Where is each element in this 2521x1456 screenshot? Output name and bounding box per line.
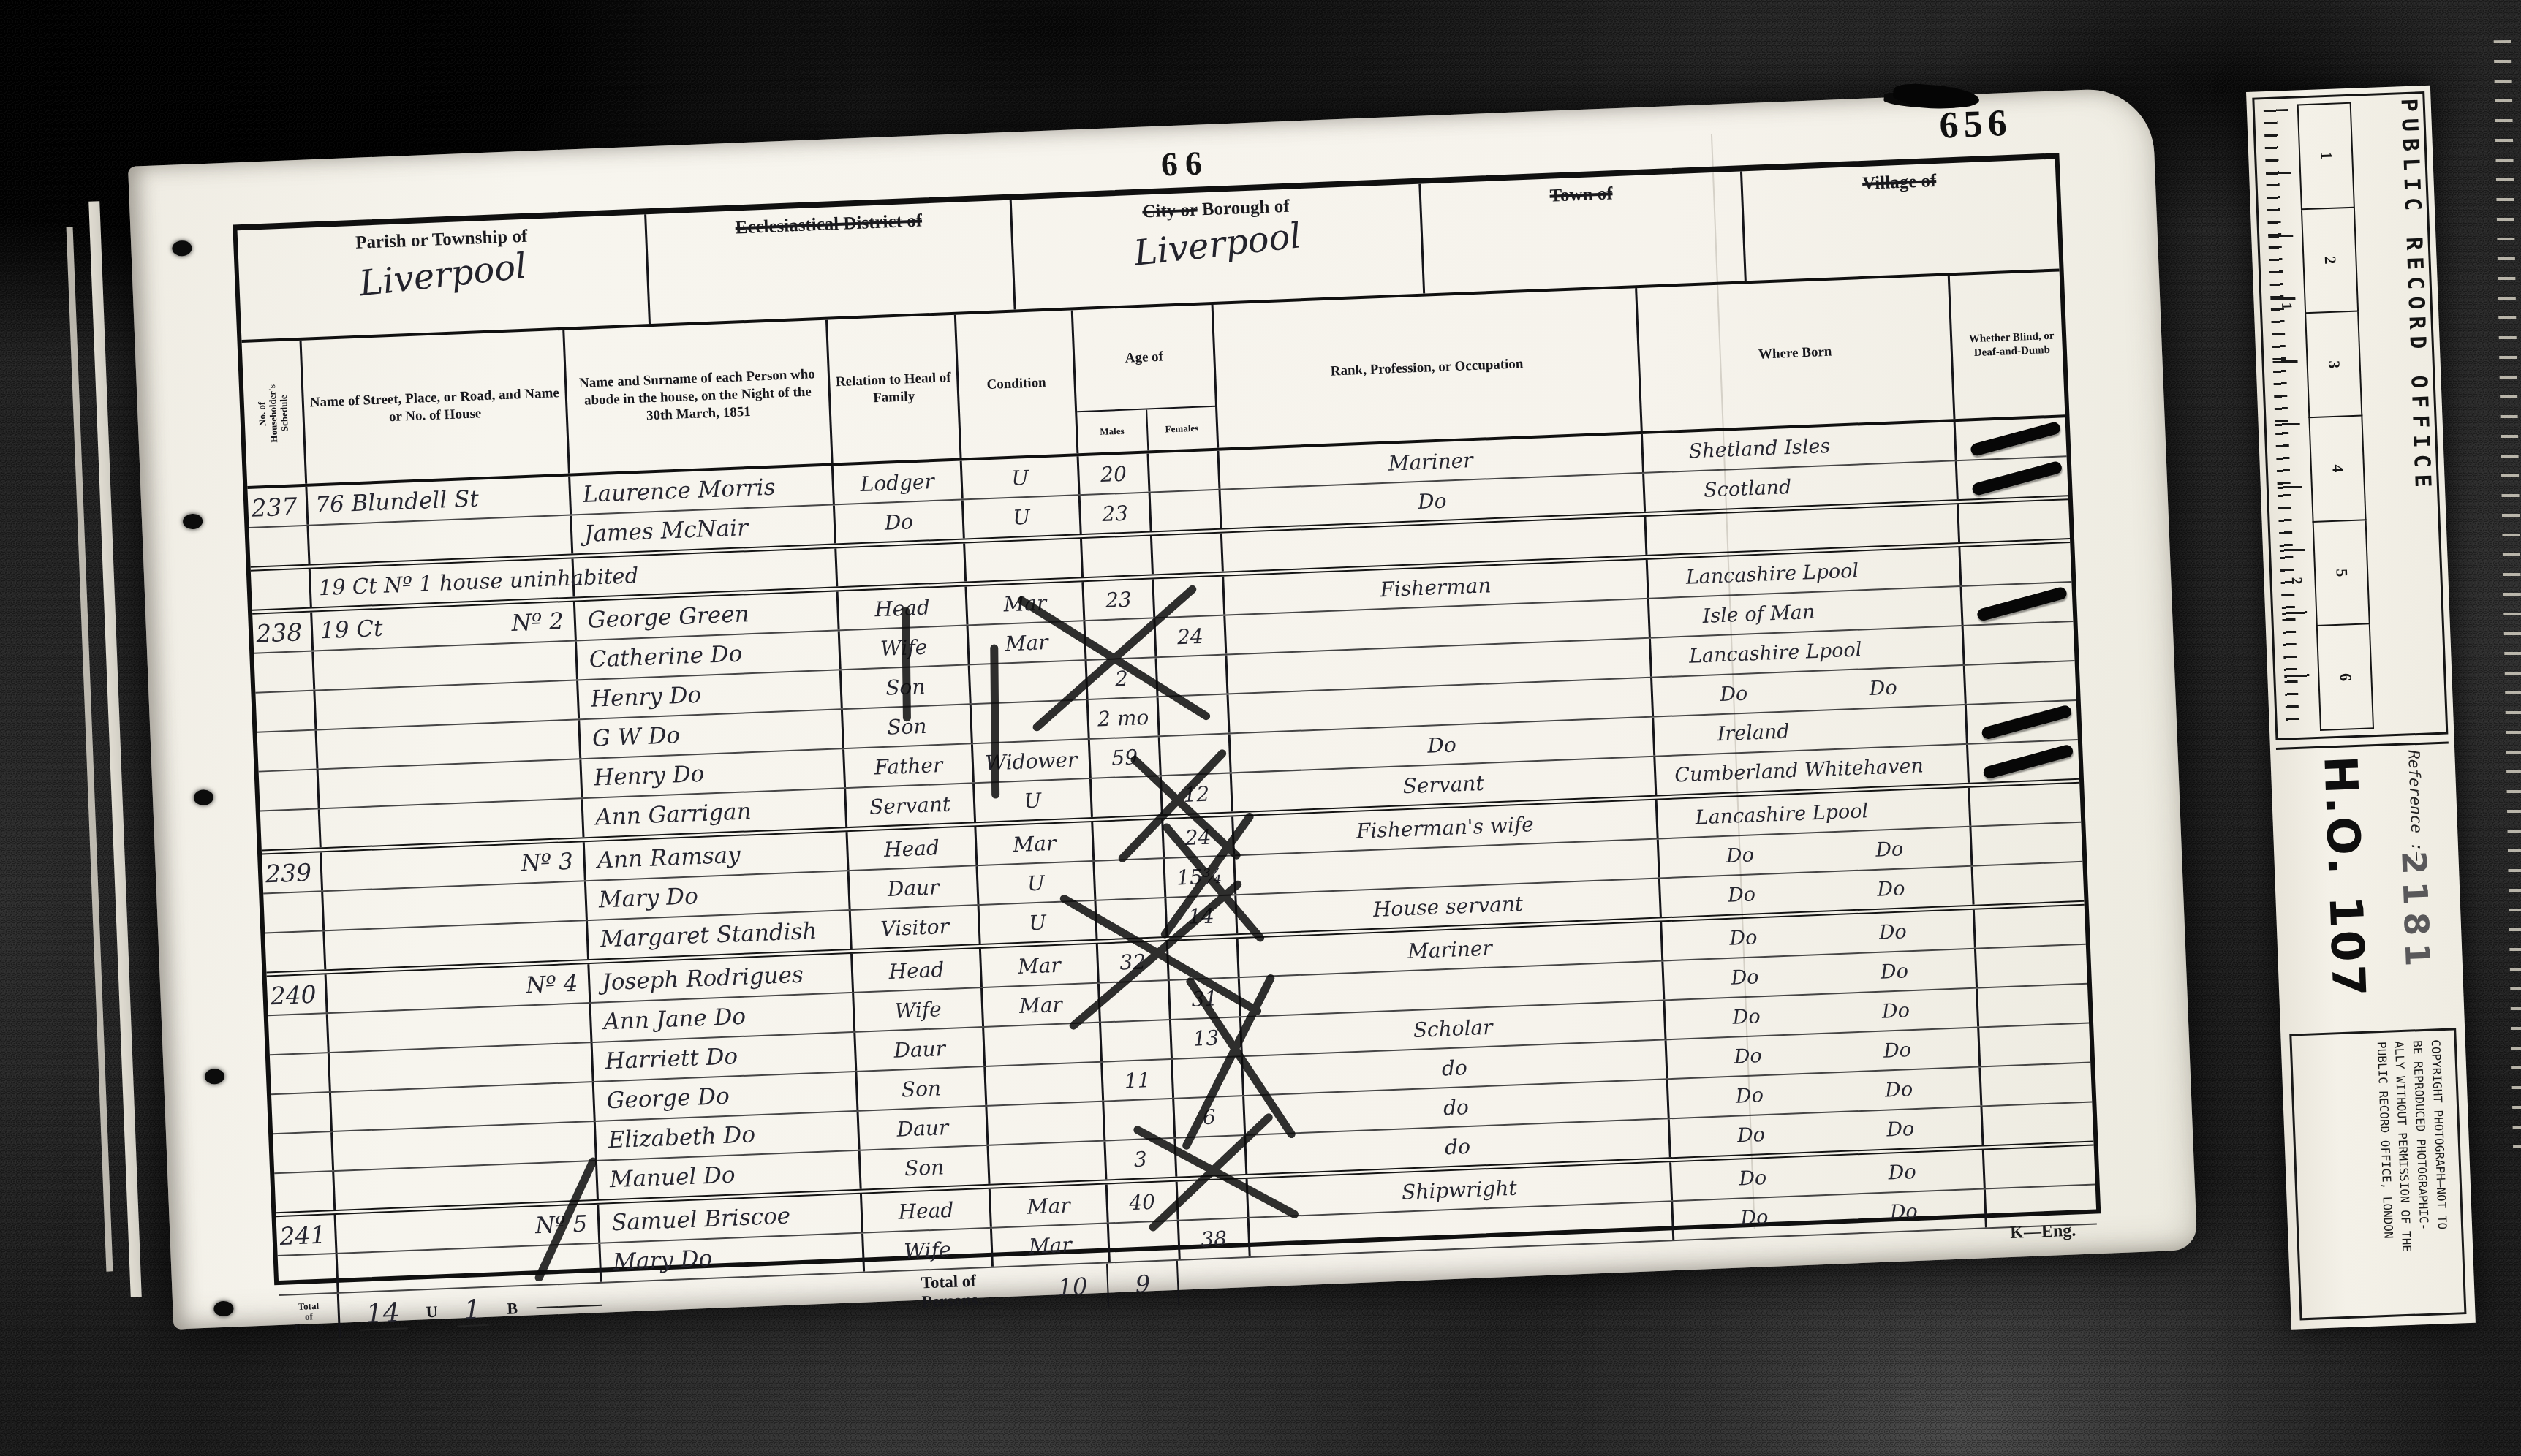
born-ditto-text: Do	[1878, 920, 1907, 944]
schedule-number-cell	[268, 1014, 330, 1054]
col-header-blind: Whether Blind, or Deaf-and-Dumb	[1950, 271, 2074, 419]
town-label-struck: Town of	[1421, 178, 1742, 211]
census-form: Parish or Township of Liverpool Ecclesia…	[233, 153, 2101, 1285]
condition-cell	[972, 700, 1090, 743]
age-male-cell	[1093, 819, 1165, 860]
inch-number: 1	[2278, 302, 2294, 310]
age-female-cell	[1152, 534, 1224, 575]
relation-cell: Daur	[859, 1107, 989, 1150]
blind-deaf-cell	[1960, 543, 2080, 585]
village-cell: Village of	[1742, 159, 2060, 281]
condition-cell	[989, 1142, 1108, 1184]
schedule-number-cell: 237	[247, 487, 309, 527]
persons-females-total: 9	[1108, 1261, 1179, 1308]
age-female-cell: 24	[1163, 816, 1235, 857]
age-female-cell: 24	[1155, 616, 1227, 657]
schedule-number-cell: 241	[276, 1215, 338, 1255]
relation-cell: Head	[847, 827, 978, 870]
col-header-schedule: No. of Householder's Schedule	[242, 341, 308, 486]
blind-deaf-cell	[1984, 1145, 2104, 1188]
blind-deaf-cell	[1964, 622, 2084, 664]
inch-number: 2	[2288, 577, 2305, 585]
relation-cell: Do	[835, 500, 965, 543]
born-text: Do	[1731, 966, 1759, 989]
blind-deaf-cell	[1986, 1185, 2106, 1227]
age-female-cell: 13	[1171, 1017, 1243, 1058]
schedule-number-cell	[273, 1132, 334, 1172]
born-text: Do	[1740, 1206, 1769, 1229]
schedule-number-cell	[274, 1172, 336, 1212]
col-header-relation: Relation to Head of Family	[828, 315, 962, 463]
age-female-cell: 14	[1166, 895, 1238, 936]
age-male-cell	[1082, 536, 1154, 577]
schedule-number-cell	[259, 770, 320, 810]
street-text: 19 Ct	[320, 615, 383, 644]
blind-deaf-cell	[1982, 1102, 2102, 1145]
punch-hole	[213, 1301, 234, 1317]
schedule-number-cell	[251, 569, 312, 610]
age-male-cell	[1100, 981, 1171, 1022]
col-header-born: Where Born	[1637, 276, 1955, 431]
relation-cell: Daur	[855, 1028, 986, 1071]
born-text: Lancashire Lpool	[1685, 559, 1859, 588]
born-ditto-text: Do	[1883, 1039, 1912, 1062]
printed-page-number: 66	[1160, 143, 1210, 184]
condition-cell: Mar	[983, 984, 1101, 1026]
condition-cell	[986, 1063, 1104, 1105]
age-male-cell	[1095, 859, 1166, 900]
relation-cell: Head	[862, 1189, 992, 1232]
age-female-cell	[1149, 451, 1220, 492]
schedule-number-cell	[265, 931, 326, 971]
age-male-cell: 32	[1098, 941, 1170, 982]
relation-cell: Father	[844, 744, 975, 787]
condition-cell: Mar	[967, 582, 1085, 624]
born-ditto-text: Do	[1885, 1078, 1913, 1102]
age-male-cell: 59	[1090, 737, 1162, 778]
ruler-box: 1	[2297, 102, 2355, 210]
col-header-name: Name and Surname of each Person who abod…	[564, 320, 833, 474]
relation-cell: Son	[842, 665, 972, 708]
relation-cell: Wife	[854, 988, 984, 1031]
schedule-number-cell	[254, 652, 315, 692]
condition-cell: U	[975, 779, 1093, 822]
uninhabited-label: U	[426, 1303, 438, 1322]
house-number-text: Nº 4	[525, 971, 578, 999]
relation-cell: Daur	[850, 866, 980, 909]
total-of-persons-label: Total of Persons…	[921, 1266, 1039, 1314]
age-female-cell	[1168, 939, 1240, 979]
schedule-number-cell	[271, 1093, 333, 1133]
condition-cell: Mar	[981, 944, 1100, 987]
born-text: Scotland	[1704, 476, 1792, 502]
ruler-box: 2	[2301, 208, 2359, 314]
schedule-number-cell	[249, 526, 311, 566]
enumerator-heavy-mark	[1970, 420, 2062, 457]
blind-deaf-cell	[1981, 1063, 2101, 1105]
copyright-text: COPYRIGHT PHOTOGRAPH—NOT TO BE REPRODUCE…	[2372, 1039, 2452, 1253]
age-female-cell	[1160, 734, 1232, 775]
condition-cell: Mar	[976, 822, 1095, 865]
copyright-notice-box: COPYRIGHT PHOTOGRAPH—NOT TO BE REPRODUCE…	[2289, 1028, 2466, 1320]
age-male-cell: 3	[1105, 1139, 1177, 1180]
males-sub-header: Males	[1077, 410, 1149, 454]
district-cell: Ecclesiastical District of	[646, 200, 1016, 325]
ruler-box: 5	[2313, 520, 2370, 626]
blind-deaf-cell	[1956, 417, 2076, 460]
punch-hole	[205, 1069, 225, 1085]
born-text: Do	[1732, 1005, 1761, 1028]
condition-cell: U	[964, 496, 1082, 538]
enumerator-heavy-mark	[1982, 743, 2074, 780]
house-number-text: Nº 5	[534, 1210, 588, 1239]
piece-number-vertical: 2181	[2389, 850, 2439, 1020]
enumerator-heavy-mark	[1981, 704, 2073, 740]
age-female-cell	[1176, 1136, 1247, 1177]
condition-cell: Mar	[992, 1224, 1111, 1266]
village-label-struck: Village of	[1742, 167, 2056, 200]
building-total-blank	[537, 1305, 602, 1309]
age-male-cell	[1096, 898, 1168, 939]
condition-cell	[984, 1023, 1103, 1066]
born-text: Cumberland Whitehaven	[1674, 754, 1924, 786]
born-text: Isle of Man	[1702, 600, 1815, 627]
schedule-number-cell	[263, 892, 325, 932]
relation-cell: Wife	[840, 626, 970, 669]
age-female-cell	[1173, 1057, 1244, 1098]
houses-total-handwritten: 14	[358, 1297, 407, 1331]
age-female-cell	[1157, 655, 1228, 696]
born-text: Shetland Isles	[1688, 434, 1831, 463]
born-ditto-text: Do	[1889, 1200, 1918, 1224]
schedule-number-cell: 240	[267, 974, 328, 1015]
blind-deaf-cell	[1962, 583, 2082, 625]
condition-cell: Mar	[969, 621, 1087, 664]
punch-hole	[172, 240, 192, 257]
age-female-cell: 6	[1174, 1096, 1246, 1137]
age-male-cell: 40	[1108, 1182, 1179, 1223]
born-text: Do	[1739, 1167, 1767, 1190]
age-male-cell	[1104, 1099, 1176, 1140]
schedule-number-cell	[278, 1254, 339, 1294]
age-female-cell	[1151, 490, 1222, 531]
age-female-cell: 12	[1162, 773, 1233, 814]
blind-deaf-cell	[1978, 984, 2098, 1026]
blind-deaf-cell	[1957, 457, 2077, 499]
street-text: 76 Blundell St	[315, 486, 480, 519]
relation-cell: Visitor	[851, 906, 981, 949]
born-text: Do	[1736, 1123, 1765, 1147]
born-text: Lancashire Lpool	[1688, 638, 1862, 667]
relation-cell: Son	[861, 1146, 991, 1189]
schedule-number-cell: 238	[252, 613, 314, 653]
schedule-number-cell	[270, 1053, 331, 1093]
ruler-box: 4	[2308, 416, 2366, 522]
females-sub-header: Females	[1147, 407, 1217, 451]
blind-deaf-cell	[1971, 822, 2091, 865]
relation-cell	[836, 543, 967, 586]
condition-cell	[987, 1102, 1105, 1145]
col-header-occupation: Rank, Profession, or Occupation	[1214, 288, 1643, 448]
age-male-cell	[1085, 618, 1157, 659]
ruler-box: 6	[2316, 625, 2374, 731]
age-female-cell	[1154, 577, 1225, 618]
born-ditto-text: Do	[1888, 1161, 1916, 1184]
blind-deaf-cell	[1965, 661, 2085, 704]
born-text: Do	[1735, 1084, 1764, 1107]
plate-mark: K—Eng.	[2010, 1221, 2076, 1244]
age-female-cell: 31	[1170, 978, 1241, 1019]
relation-cell: Servant	[846, 784, 976, 827]
condition-cell: Mar	[991, 1184, 1109, 1226]
parish-value-handwritten: Liverpool	[357, 246, 528, 305]
age-male-cell	[1101, 1020, 1173, 1061]
parish-cell: Parish or Township of Liverpool	[238, 214, 651, 340]
office-name-vertical: PUBLIC RECORD OFFICE	[2365, 98, 2444, 728]
strip-divider	[2276, 741, 2449, 750]
relation-cell: Head	[839, 586, 969, 629]
census-enumeration-sheet: 66 656 Parish or Township of Liverpool E…	[128, 87, 2197, 1330]
blind-deaf-cell	[1970, 783, 2090, 825]
condition-cell	[970, 661, 1089, 703]
blind-deaf-cell	[1979, 1023, 2099, 1066]
born-ditto-text: Do	[1869, 676, 1897, 699]
born-ditto-text: Do	[1886, 1118, 1915, 1141]
born-text: Do	[1734, 1044, 1762, 1068]
schedule-number-cell	[260, 809, 322, 849]
house-number-text: Nº 2	[511, 608, 564, 637]
relation-cell: Wife	[863, 1229, 994, 1272]
age-male-cell: 23	[1084, 579, 1155, 620]
punch-hole	[183, 513, 203, 529]
totals-spacer	[748, 1271, 922, 1322]
born-ditto-text: Do	[1875, 838, 1904, 861]
punch-hole	[194, 789, 214, 805]
condition-cell: U	[980, 901, 1098, 944]
blind-deaf-cell	[1973, 862, 2093, 904]
borough-value-handwritten: Liverpool	[1132, 215, 1303, 274]
persons-males-total: 10	[1037, 1264, 1109, 1311]
blind-deaf-cell	[1968, 740, 2088, 782]
born-text: Do	[1726, 843, 1754, 867]
age-male-cell	[1109, 1221, 1181, 1262]
entries-body: 237 76 Blundell St Laurence Morris Lodge…	[247, 417, 2096, 1296]
schedule-number-cell	[255, 691, 317, 731]
col-header-street: Name of Street, Place, or Road, and Name…	[302, 330, 570, 484]
parish-label: Parish or Township of	[238, 221, 646, 258]
total-of-houses-label: TotalofHouses	[279, 1294, 341, 1340]
house-number-text: Nº 3	[521, 849, 574, 877]
enumerator-heavy-mark	[1976, 585, 2068, 622]
city-or-struck: City or	[1142, 200, 1198, 222]
town-cell: Town of	[1421, 171, 1747, 293]
col-header-condition: Condition	[956, 310, 1079, 458]
blind-deaf-cell	[1959, 500, 2079, 542]
age-of-label: Age of	[1073, 305, 1215, 412]
age-male-cell: 20	[1079, 453, 1151, 494]
born-text: Lancashire Lpool	[1695, 800, 1868, 829]
blind-deaf-cell	[1975, 905, 2095, 947]
relation-cell: Lodger	[834, 461, 964, 504]
age-male-cell: 23	[1081, 493, 1152, 534]
district-label-struck: Ecclesiastical District of	[646, 208, 1010, 242]
blind-deaf-cell	[1976, 944, 2096, 987]
born-text: Do	[1720, 682, 1748, 705]
schedule-number-cell	[257, 730, 319, 770]
age-male-cell: 11	[1103, 1060, 1174, 1101]
relation-cell: Son	[857, 1067, 987, 1110]
age-female-cell: 15¾	[1165, 856, 1236, 897]
enumerator-heavy-mark	[1971, 460, 2063, 496]
age-female-cell: 38	[1179, 1218, 1251, 1259]
schedule-number-cell: 239	[262, 852, 323, 892]
relation-cell: Son	[843, 705, 973, 748]
folio-stamp-number: 656	[1939, 102, 2013, 148]
uninhabited-total-handwritten: 1	[456, 1294, 489, 1327]
blind-deaf-cell	[1967, 700, 2087, 743]
age-male-cell: 2	[1087, 658, 1159, 699]
building-label: B	[507, 1299, 518, 1319]
born-text: Do	[1729, 926, 1758, 949]
condition-cell: U	[978, 862, 1096, 904]
born-ditto-text: Do	[1880, 960, 1908, 983]
condition-cell	[965, 539, 1084, 581]
ruler-box: 3	[2305, 312, 2362, 418]
age-male-cell: 2 mo	[1089, 697, 1160, 738]
relation-cell: Head	[853, 949, 983, 992]
ruler-frame: 1 2 123456 PUBLIC RECORD OFFICE	[2252, 91, 2448, 740]
age-female-cell	[1178, 1179, 1250, 1220]
borough-cell: City or Borough of Liverpool	[1012, 184, 1425, 310]
borough-of-label: Borough of	[1201, 197, 1290, 220]
col-header-age: Age of Males Females	[1073, 305, 1220, 453]
born-text: Ireland	[1717, 720, 1790, 746]
born-ditto-text: Do	[1881, 999, 1910, 1023]
age-male-cell	[1092, 776, 1163, 817]
borough-label: City or Borough of	[1012, 192, 1420, 228]
born-text: Do	[1728, 883, 1756, 906]
condition-cell: Widower	[973, 740, 1092, 782]
born-ditto-text: Do	[1877, 877, 1905, 900]
age-female-cell	[1159, 694, 1231, 735]
condition-cell: U	[962, 456, 1081, 498]
